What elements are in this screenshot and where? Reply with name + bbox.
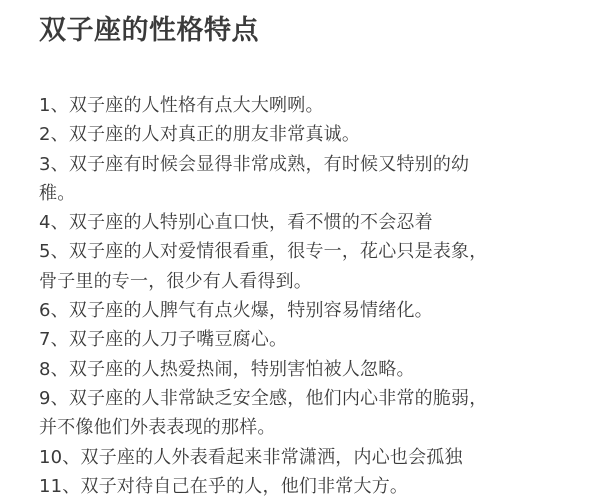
list-item-3-continued: 稚。 — [39, 179, 569, 208]
list-item-5-continued: 骨子里的专一，很少有人看得到。 — [39, 267, 569, 296]
list-item-7: 7、双子座的人刀子嘴豆腐心。 — [39, 325, 569, 354]
list-item-3: 3、双子座有时候会显得非常成熟，有时候又特别的幼 — [39, 150, 569, 179]
list-item-1: 1、双子座的人性格有点大大咧咧。 — [39, 91, 569, 120]
list-item-6: 6、双子座的人脾气有点火爆，特别容易情绪化。 — [39, 296, 569, 325]
list-item-9: 9、双子座的人非常缺乏安全感，他们内心非常的脆弱， — [39, 384, 569, 413]
list-item-9-continued: 并不像他们外表表现的那样。 — [39, 413, 569, 442]
list-item-10: 10、双子座的人外表看起来非常潇洒，内心也会孤独 — [39, 443, 569, 472]
list-item-11: 11、双子对待自己在乎的人，他们非常大方。 — [39, 472, 569, 500]
page-title: 双子座的性格特点 — [39, 14, 259, 48]
trait-list: 1、双子座的人性格有点大大咧咧。 2、双子座的人对真正的朋友非常真诚。 3、双子… — [39, 91, 569, 500]
article-page: 双子座的性格特点 1、双子座的人性格有点大大咧咧。 2、双子座的人对真正的朋友非… — [0, 0, 593, 500]
list-item-5: 5、双子座的人对爱情很看重，很专一，花心只是表象， — [39, 237, 569, 266]
list-item-2: 2、双子座的人对真正的朋友非常真诚。 — [39, 120, 569, 149]
list-item-8: 8、双子座的人热爱热闹，特别害怕被人忽略。 — [39, 355, 569, 384]
list-item-4: 4、双子座的人特别心直口快，看不惯的不会忍着 — [39, 208, 569, 237]
